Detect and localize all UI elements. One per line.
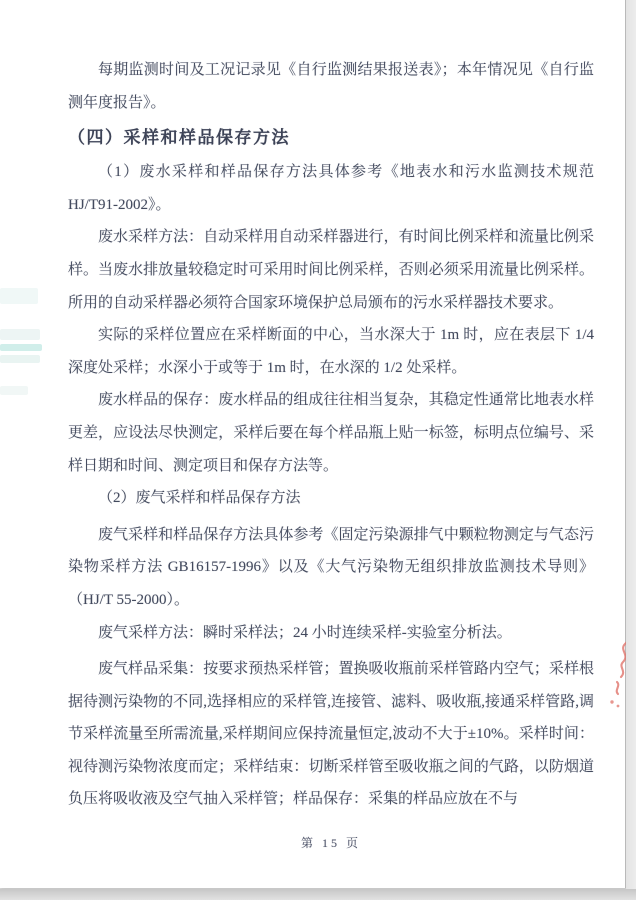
margin-highlight-mark: [0, 386, 28, 395]
paragraph-monitoring-records: 每期监测时间及工况记录见《自行监测结果报送表》；本年情况见《自行监测年度报告》。: [68, 54, 594, 119]
scanned-document-view: 每期监测时间及工况记录见《自行监测结果报送表》；本年情况见《自行监测年度报告》。…: [0, 0, 636, 900]
paragraph-wastewater-reference: （1）废水采样和样品保存方法具体参考《地表水和污水监测技术规范 HJ/T91-2…: [68, 156, 594, 221]
paragraph-waste-gas-sample-collection: 废气样品采集：按要求预热采样管；置换吸收瓶前采样管路内空气；采样根据待测污染物的…: [68, 653, 594, 816]
paragraph-wastewater-sampling-method: 废水采样方法：自动采样用自动采样器进行，有时间比例采样和流量比例采样。当废水排放…: [68, 221, 594, 319]
margin-highlight-mark: [0, 288, 38, 304]
paragraph-waste-gas-reference: 废气采样和样品保存方法具体参考《固定污染源排气中颗粒物测定与气态污染物采样方法 …: [68, 519, 594, 617]
margin-highlight-mark: [0, 355, 40, 363]
page-number: 第 15 页: [68, 834, 594, 851]
scan-edge-right: [626, 0, 636, 900]
document-body: 每期监测时间及工况记录见《自行监测结果报送表》；本年情况见《自行监测年度报告》。…: [68, 54, 594, 816]
section-heading-sampling-methods: （四）采样和样品保存方法: [68, 121, 594, 154]
scan-edge-bottom: [0, 889, 636, 900]
paragraph-wastewater-sample-preservation: 废水样品的保存：废水样品的组成往往相当复杂，其稳定性通常比地表水样更差，应设法尽…: [68, 384, 594, 482]
paragraph-waste-gas-sampling-method: 废气采样方法：瞬时采样法；24 小时连续采样-实验室分析法。: [68, 617, 594, 650]
paragraph-waste-gas-subheading: （2）废气采样和样品保存方法: [68, 482, 594, 515]
paragraph-sampling-position: 实际的采样位置应在采样断面的中心，当水深大于 1m 时，应在表层下 1/4 深度…: [68, 319, 594, 384]
document-page: 每期监测时间及工况记录见《自行监测结果报送表》；本年情况见《自行监测年度报告》。…: [0, 0, 626, 888]
margin-highlight-mark: [0, 329, 40, 340]
margin-highlight-mark: [0, 344, 42, 351]
